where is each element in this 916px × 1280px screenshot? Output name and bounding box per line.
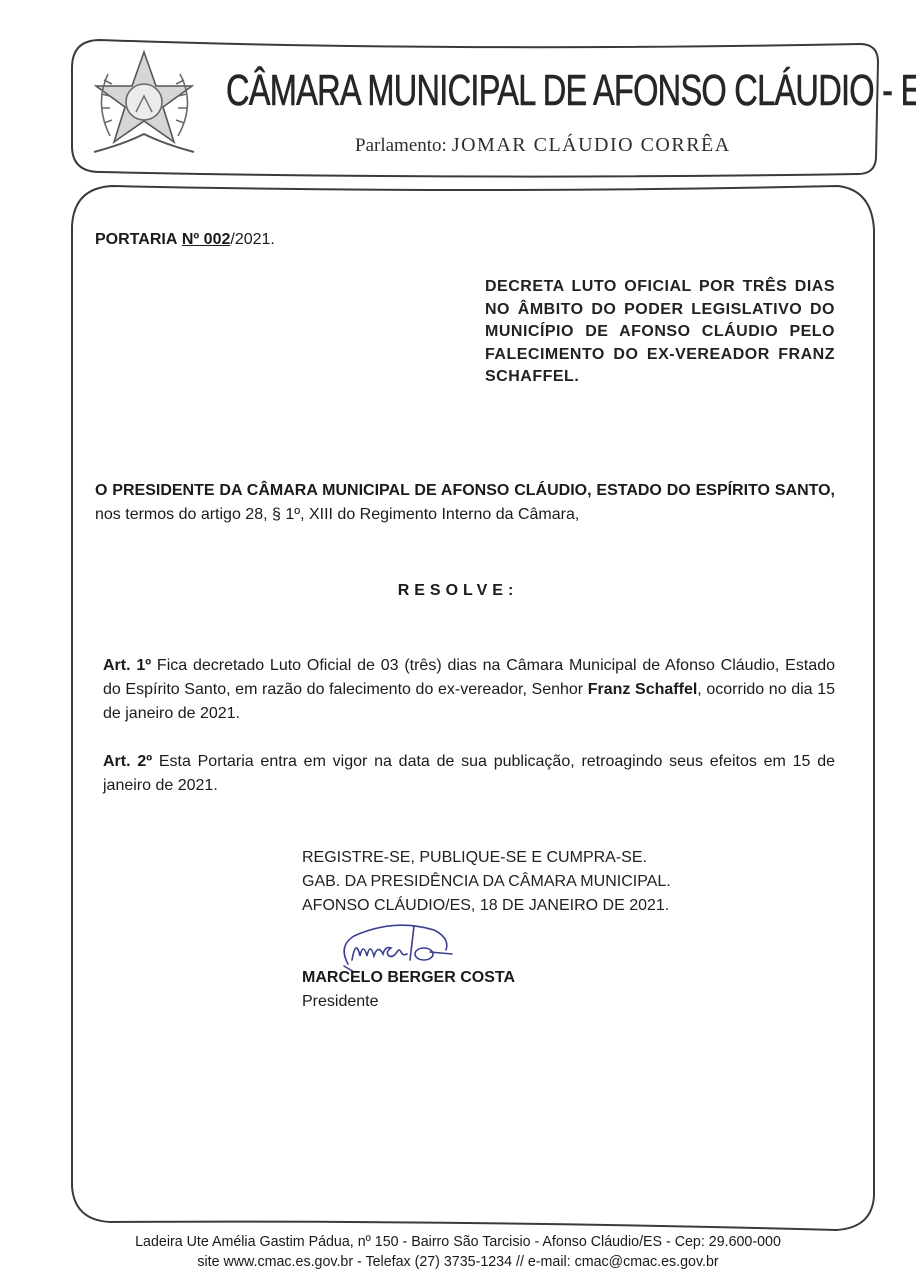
footer-address: Ladeira Ute Amélia Gastim Pádua, nº 150 … bbox=[23, 1232, 893, 1252]
page-frames bbox=[0, 0, 916, 1280]
chamber-title: CÂMARA MUNICIPAL DE AFONSO CLÁUDIO - ES bbox=[226, 66, 707, 116]
portaria-number: PORTARIA Nº 002/2021. bbox=[95, 231, 275, 249]
preamble-authority: O PRESIDENTE DA CÂMARA MUNICIPAL DE AFON… bbox=[95, 482, 835, 499]
preamble: O PRESIDENTE DA CÂMARA MUNICIPAL DE AFON… bbox=[95, 479, 835, 527]
resolve-heading: RESOLVE: bbox=[0, 582, 916, 600]
article-1: Art. 1º Fica decretado Luto Oficial de 0… bbox=[103, 654, 835, 726]
closing-line: GAB. DA PRESIDÊNCIA DA CÂMARA MUNICIPAL. bbox=[302, 870, 671, 894]
article-label: Art. 2º bbox=[103, 753, 152, 770]
footer-contact: site www.cmac.es.gov.br - Telefax (27) 3… bbox=[23, 1252, 893, 1272]
signer-name: MARCELO BERGER COSTA bbox=[302, 969, 515, 987]
portaria-year: /2021. bbox=[230, 231, 274, 248]
legislature-name: JOMAR CLÁUDIO CORRÊA bbox=[452, 134, 731, 156]
article-bold-name: Franz Schaffel bbox=[588, 681, 698, 698]
closing-line: REGISTRE-SE, PUBLIQUE-SE E CUMPRA-SE. bbox=[302, 846, 671, 870]
legislature-label: Parlamento: bbox=[355, 135, 447, 156]
legislature-line: Parlamento: JOMAR CLÁUDIO CORRÊA bbox=[355, 134, 731, 157]
preamble-basis: nos termos do artigo 28, § 1º, XIII do R… bbox=[95, 506, 579, 523]
handwritten-signature-icon bbox=[334, 916, 464, 976]
closing-block: REGISTRE-SE, PUBLIQUE-SE E CUMPRA-SE. GA… bbox=[302, 846, 671, 918]
article-text: Esta Portaria entra em vigor na data de … bbox=[103, 753, 835, 794]
signer-role: Presidente bbox=[302, 993, 379, 1011]
portaria-prefix: PORTARIA bbox=[95, 231, 177, 248]
ementa: DECRETA LUTO OFICIAL POR TRÊS DIAS NO ÂM… bbox=[485, 276, 835, 389]
footer: Ladeira Ute Amélia Gastim Pádua, nº 150 … bbox=[0, 1232, 916, 1272]
article-2: Art. 2º Esta Portaria entra em vigor na … bbox=[103, 750, 835, 798]
closing-line: AFONSO CLÁUDIO/ES, 18 DE JANEIRO DE 2021… bbox=[302, 894, 671, 918]
portaria-number-value: Nº 002 bbox=[182, 231, 231, 248]
article-label: Art. 1º bbox=[103, 657, 151, 674]
state-coat-of-arms-icon bbox=[84, 44, 204, 164]
